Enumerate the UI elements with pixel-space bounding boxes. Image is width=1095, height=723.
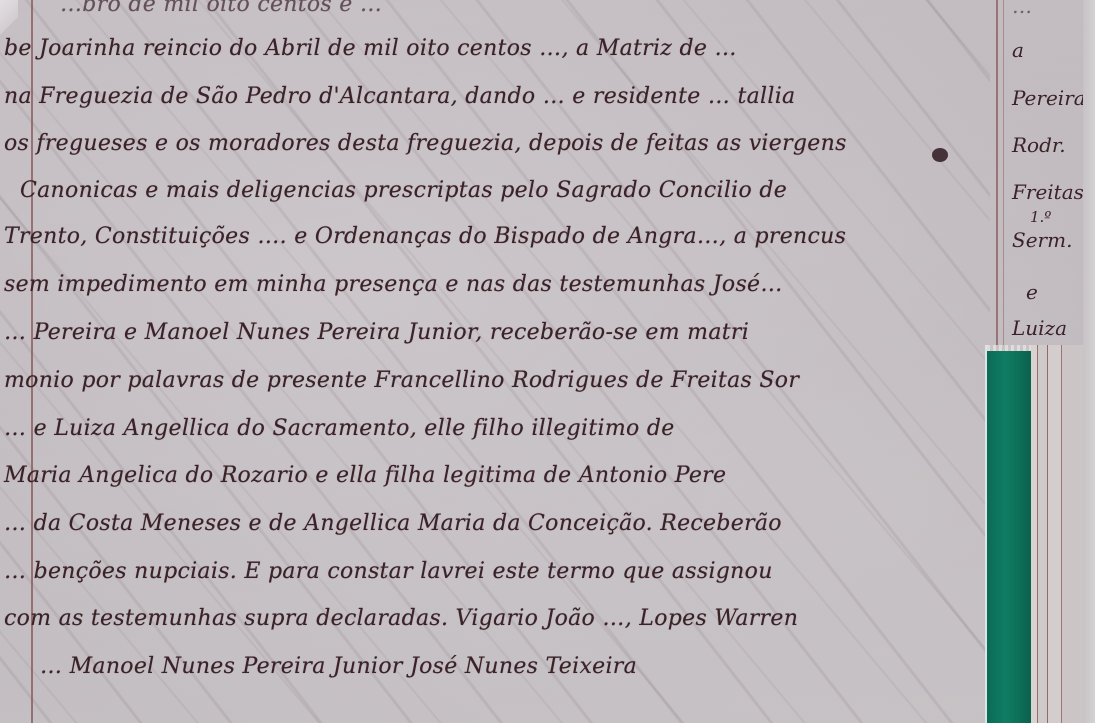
margin-notes: … a Pereira Rodr. Freitas 1.º Serm. e Lu… bbox=[1000, 0, 1085, 340]
text-line: os fregueses e os moradores desta fregue… bbox=[4, 131, 847, 156]
text-line: Trento, Constituições …. e Ordenanças do… bbox=[4, 224, 846, 249]
ink-blot bbox=[932, 148, 948, 162]
text-line: …bro de mil oito centos e … bbox=[60, 0, 382, 17]
text-line: … Pereira e Manoel Nunes Pereira Junior,… bbox=[4, 320, 749, 345]
margin-note: Freitas bbox=[1012, 180, 1084, 204]
right-margin-rule bbox=[996, 0, 998, 350]
record-body: …bro de mil oito centos e … be Joarinha … bbox=[0, 0, 990, 723]
text-line: be Joarinha reincio do Abril de mil oito… bbox=[4, 36, 737, 61]
text-line: com as testemunhas supra declaradas. Vig… bbox=[4, 606, 798, 631]
margin-note: Pereira bbox=[1012, 86, 1086, 110]
page-edge bbox=[1083, 0, 1095, 723]
text-line: monio por palavras de presente Francelli… bbox=[4, 368, 799, 393]
margin-note: 1.º bbox=[1030, 208, 1051, 226]
document-page: …bro de mil oito centos e … be Joarinha … bbox=[0, 0, 1095, 723]
margin-note: e bbox=[1026, 280, 1038, 304]
text-line: na Freguezia de São Pedro d'Alcantara, d… bbox=[4, 84, 795, 109]
margin-note: Serm. bbox=[1012, 228, 1072, 252]
text-line: sem impedimento em minha presença e nas … bbox=[4, 272, 783, 297]
margin-note: Luiza bbox=[1012, 316, 1067, 340]
margin-note: … bbox=[1012, 0, 1032, 18]
green-background-strip bbox=[985, 345, 1033, 723]
text-line: … da Costa Meneses e de Angellica Maria … bbox=[4, 511, 782, 536]
text-line: … e Luiza Angellica do Sacramento, elle … bbox=[4, 416, 675, 441]
stacked-page-edges bbox=[1031, 345, 1083, 723]
signature-line: … Manoel Nunes Pereira Junior José Nunes… bbox=[40, 654, 637, 679]
text-line: Maria Angelica do Rozario e ella filha l… bbox=[4, 463, 726, 488]
text-line: Canonicas e mais deligencias prescriptas… bbox=[20, 178, 787, 203]
text-line: … benções nupciais. E para constar lavre… bbox=[4, 559, 773, 584]
margin-note: a bbox=[1012, 38, 1024, 62]
margin-note: Rodr. bbox=[1012, 133, 1066, 157]
